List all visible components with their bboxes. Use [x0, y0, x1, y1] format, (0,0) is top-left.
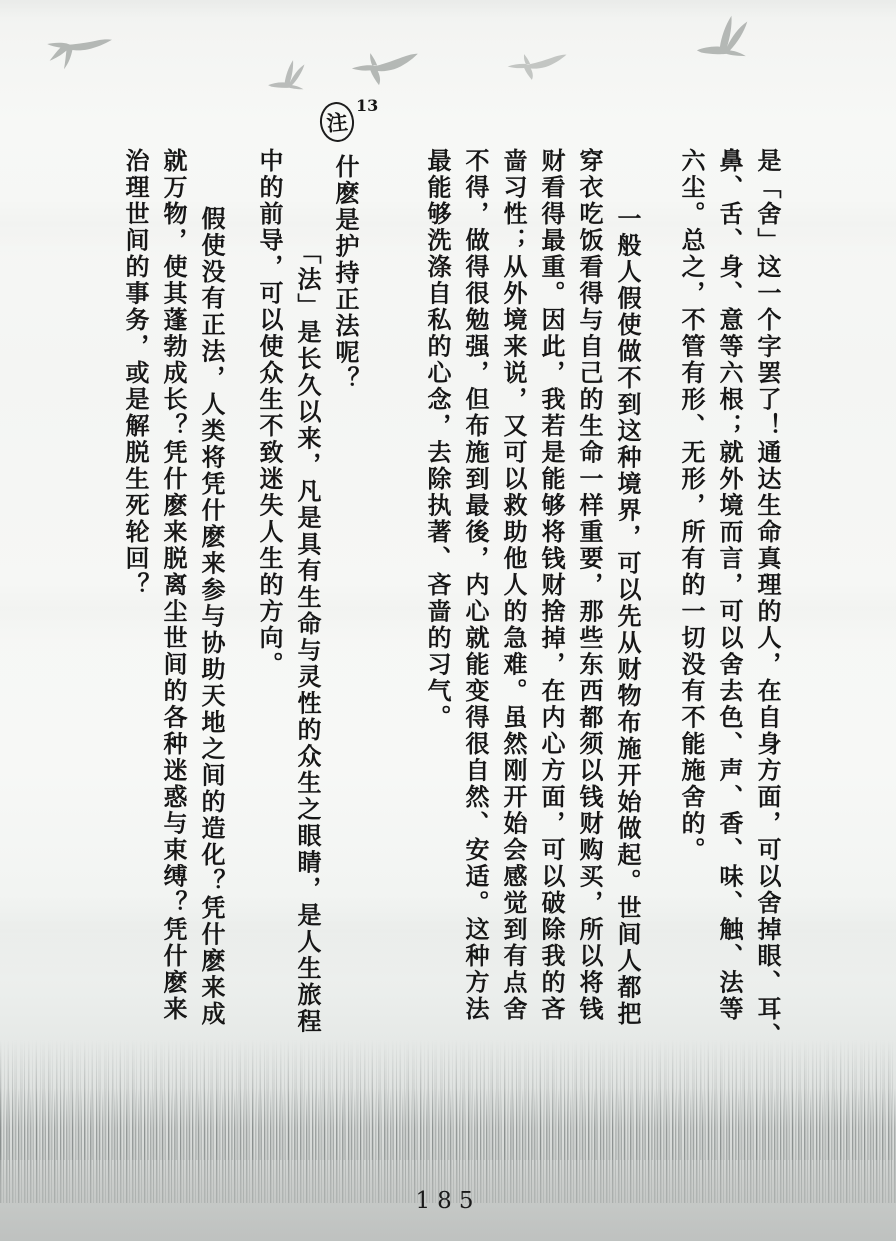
- text-column-7: 啬习性；从外境来说，又可以救助他人的急难。虽然刚开始会感觉到有点舍: [486, 148, 524, 1063]
- grass-texture-lower: [0, 1088, 896, 1203]
- text-column-15: 治理世间的事务，或是解脱生死轮回？: [108, 148, 146, 1063]
- text-column-11: 「法」是长久以来，凡是具有生命与灵性的众生之眼睛，是人生旅程: [280, 148, 318, 1155]
- crane-icon: [506, 52, 572, 82]
- text-column-1: 是「舍」这一个字罢了！通达生命真理的人，在自身方面，可以舍掉眼、耳、: [740, 148, 778, 1063]
- text-column-14: 就万物，使其蓬勃成长？凭什麽来脱离尘世间的各种迷惑与束缚？凭什麽来: [146, 148, 184, 1063]
- text-column-5: 穿衣吃饭看得与自己的生命一样重要，那些东西都须以钱财购买，所以将钱: [562, 148, 600, 1063]
- text-column-10: 什麽是护持正法呢？: [318, 148, 356, 1069]
- text-column-6: 财看得最重。因此，我若是能够将钱财捨掉，在内心方面，可以破除我的吝: [524, 148, 562, 1063]
- text-column-2: 鼻、舌、身、意等六根；就外境而言，可以舍去色、声、香、味、触、法等: [702, 148, 740, 1063]
- text-column-8: 不得，做得很勉强，但布施到最後，内心就能变得很自然、安适。这种方法: [448, 148, 486, 1063]
- crane-icon: [266, 56, 318, 98]
- crane-icon: [350, 50, 424, 87]
- annotation-stamp: 注 13: [320, 98, 380, 148]
- text-column-12: 中的前导，可以使众生不致迷失人生的方向。: [242, 148, 280, 1063]
- annotation-circle: 注: [318, 100, 356, 143]
- text-column-3: 六尘。总之，不管有形、无形，所有的一切没有不能施舍的。: [664, 148, 702, 1063]
- book-page: 注 13 是「舍」这一个字罢了！通达生命真理的人，在自身方面，可以舍掉眼、耳、 …: [0, 0, 896, 1241]
- text-block: 是「舍」这一个字罢了！通达生命真理的人，在自身方面，可以舍掉眼、耳、 鼻、舌、身…: [108, 148, 778, 1063]
- annotation-symbol: 注: [325, 106, 349, 138]
- text-column-4: 一般人假使做不到这种境界，可以先从财物布施开始做起。世间人都把: [600, 148, 638, 1121]
- crane-icon: [46, 32, 118, 74]
- crane-icon: [694, 10, 766, 68]
- page-number: 185: [0, 1188, 896, 1214]
- annotation-number: 13: [356, 96, 378, 115]
- text-column-13: 假使没有正法，人类将凭什麽来参与协助天地之间的造化？凭什麽来成: [184, 148, 222, 1121]
- text-column-9: 最能够洗涤自私的心念，去除执著、吝啬的习气。: [410, 148, 448, 1063]
